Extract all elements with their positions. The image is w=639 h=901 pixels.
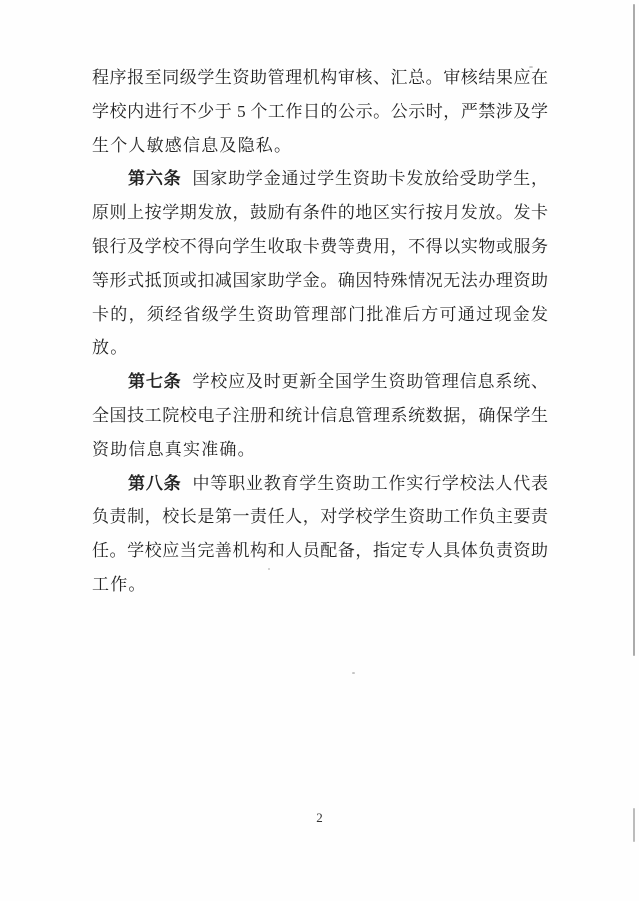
article-number: 第七条 xyxy=(128,372,181,391)
document-line: 放。 xyxy=(92,331,548,365)
line-text: 等形式抵顶或扣减国家助学金。确因特殊情况无法办理资助 xyxy=(92,271,548,290)
document-line: 银行及学校不得向学生收取卡费等费用，不得以实物或服务 xyxy=(92,230,548,264)
article-number: 第八条 xyxy=(128,474,181,493)
document-line: 负责制，校长是第一责任人，对学校学生资助工作负主要责 xyxy=(92,500,548,534)
document-line: 程序报至同级学生资助管理机构审核、汇总。审核结果应在 xyxy=(92,61,548,95)
scan-speck xyxy=(352,672,355,674)
line-text: 全国技工院校电子注册和统计信息管理系统数据，确保学生 xyxy=(92,406,548,425)
document-line: 任。学校应当完善机构和人员配备，指定专人具体负责资助 xyxy=(92,534,548,568)
document-line: 等形式抵顶或扣减国家助学金。确因特殊情况无法办理资助 xyxy=(92,264,548,298)
line-text: 资助信息真实准确。 xyxy=(92,440,256,459)
line-text: 任。学校应当完善机构和人员配备，指定专人具体负责资助 xyxy=(92,541,548,560)
line-text: 负责制，校长是第一责任人，对学校学生资助工作负主要责 xyxy=(92,507,548,526)
document-line: 第八条中等职业教育学生资助工作实行学校法人代表 xyxy=(92,467,548,501)
line-text: 生个人敏感信息及隐私。 xyxy=(92,136,292,155)
scan-edge-artifact xyxy=(633,4,635,656)
document-line: 资助信息真实准确。 xyxy=(92,433,548,467)
document-page: 程序报至同级学生资助管理机构审核、汇总。审核结果应在 学校内进行不少于 5 个工… xyxy=(0,0,639,901)
line-text: 卡的，须经省级学生资助管理部门批准后方可通过现金发 xyxy=(92,305,548,324)
article-number: 第六条 xyxy=(128,169,181,188)
line-text: 银行及学校不得向学生收取卡费等费用，不得以实物或服务 xyxy=(92,237,548,256)
document-line: 生个人敏感信息及隐私。 xyxy=(92,129,548,163)
document-line: 原则上按学期发放，鼓励有条件的地区实行按月发放。发卡 xyxy=(92,196,548,230)
document-line: 学校内进行不少于 5 个工作日的公示。公示时，严禁涉及学 xyxy=(92,95,548,129)
line-text: 学校内进行不少于 5 个工作日的公示。公示时，严禁涉及学 xyxy=(92,102,548,121)
text-block: 程序报至同级学生资助管理机构审核、汇总。审核结果应在 学校内进行不少于 5 个工… xyxy=(92,61,548,602)
document-line: 工作。 xyxy=(92,568,548,602)
line-text: 工作。 xyxy=(92,575,147,594)
line-text: 程序报至同级学生资助管理机构审核、汇总。审核结果应在 xyxy=(92,68,548,87)
line-text: 中等职业教育学生资助工作实行学校法人代表 xyxy=(192,474,548,493)
line-text: 放。 xyxy=(92,338,128,357)
line-text: 国家助学金通过学生资助卡发放给受助学生， xyxy=(192,169,548,188)
document-line: 第七条学校应及时更新全国学生资助管理信息系统、 xyxy=(92,365,548,399)
line-text: 原则上按学期发放，鼓励有条件的地区实行按月发放。发卡 xyxy=(92,203,548,222)
page-number: 2 xyxy=(0,810,639,826)
document-line: 全国技工院校电子注册和统计信息管理系统数据，确保学生 xyxy=(92,399,548,433)
document-line: 卡的，须经省级学生资助管理部门批准后方可通过现金发 xyxy=(92,298,548,332)
document-line: 第六条国家助学金通过学生资助卡发放给受助学生， xyxy=(92,162,548,196)
line-text: 学校应及时更新全国学生资助管理信息系统、 xyxy=(192,372,548,391)
